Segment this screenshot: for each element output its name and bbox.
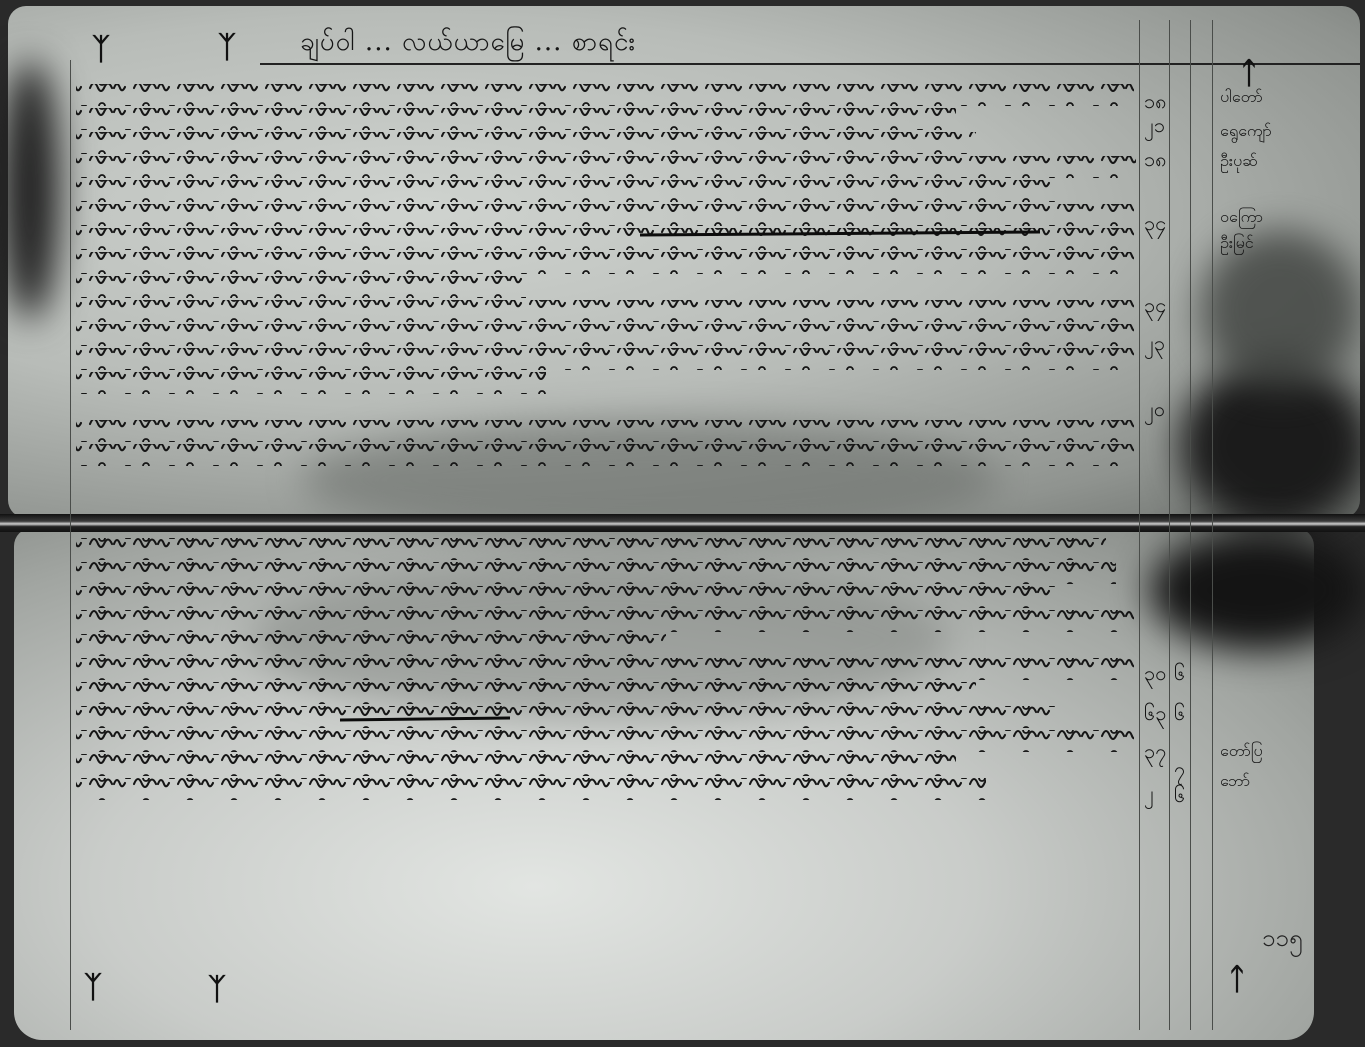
margin-number: ၃၄	[1144, 210, 1167, 240]
margin-name: ဦးပုဆ်	[1220, 150, 1258, 174]
upper-leaf-lines	[76, 84, 1136, 466]
margin-number: ၂၀	[1144, 396, 1165, 426]
margin-number: ၆	[1174, 700, 1185, 730]
x-mark-icon: ᛉ	[92, 32, 110, 67]
margin-name: ဝကြော	[1220, 206, 1263, 230]
margin-number: ၃၇	[1144, 738, 1167, 768]
x-mark-icon: ᛏ	[1228, 962, 1246, 997]
lower-leaf-lines	[76, 538, 1134, 800]
margin-number: ၆	[1174, 660, 1185, 690]
margin-name: ဘော်	[1220, 770, 1250, 794]
archive-number: ၁၁၅	[1262, 922, 1303, 958]
margin-number: ၁၈	[1144, 146, 1167, 176]
margin-number: ၃၄	[1144, 292, 1167, 322]
margin-name: ဦးမြင်	[1220, 232, 1254, 256]
x-mark-icon: ᛉ	[208, 972, 226, 1007]
x-mark-icon: ᛏ	[1240, 56, 1258, 91]
margin-number: ၆	[1174, 782, 1185, 812]
x-mark-icon: ᛉ	[218, 30, 236, 65]
margin-number: ၂၁	[1144, 112, 1165, 142]
x-mark-icon: ᛉ	[84, 970, 102, 1005]
margin-name: ရွေကျော်	[1220, 120, 1272, 144]
margin-name: တော်ပြ	[1220, 740, 1263, 764]
margin-number: ၂၃	[1144, 330, 1165, 360]
margin-number: ၃၀	[1144, 660, 1167, 690]
margin-number: ၂	[1144, 780, 1154, 810]
manuscript-photo: ချပ်ဝါ ... လယ်ယာမြေ ... စာရင်း	[0, 0, 1365, 1047]
margin-number: ၆၃	[1144, 700, 1167, 730]
